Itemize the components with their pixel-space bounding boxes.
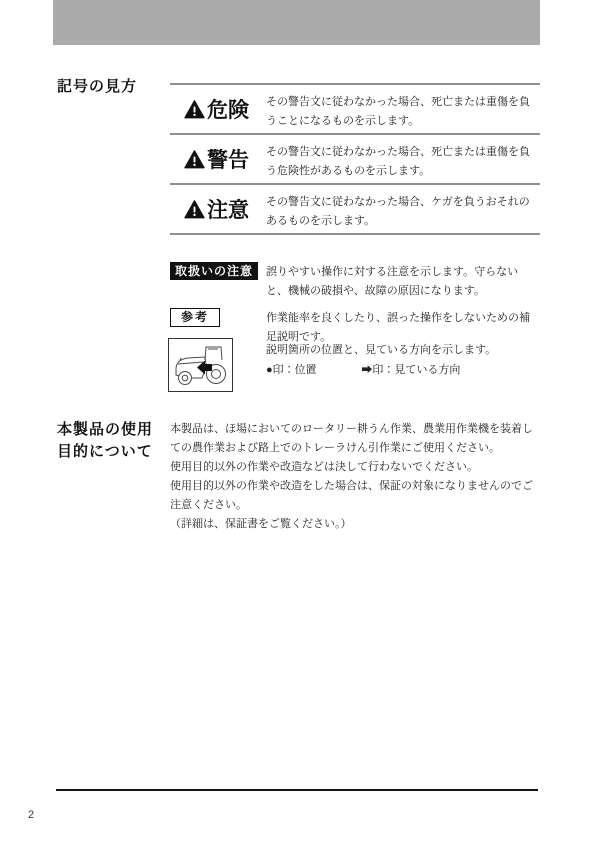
- danger-description: その警告文に従わなかった場合、死亡または重傷を負うことになるものを示します。: [266, 85, 540, 133]
- purpose-paragraph: 使用目的以外の作業や改造をした場合は、保証の対象になりませんのでご注意ください。: [170, 477, 542, 515]
- handling-caution-description: 誤りやすい操作に対する注意を示します。守らないと、機械の破損や、故障の原因になり…: [266, 263, 540, 301]
- warning-triangle-icon: [184, 200, 205, 219]
- handling-note-row: 取扱いの注意 誤りやすい操作に対する注意を示します。守らないと、機械の破損や、故…: [170, 262, 540, 301]
- symbols-section-heading: 記号の見方: [57, 76, 137, 98]
- table-row: 警告 その警告文に従わなかった場合、死亡または重傷を負う危険性があるものを示しま…: [170, 133, 540, 183]
- page-number: 2: [28, 809, 34, 821]
- handling-caution-label: 取扱いの注意: [170, 262, 258, 280]
- tractor-icon: [172, 342, 229, 388]
- note-label-cell: 参考: [170, 308, 266, 327]
- direction-note-line2: ●印：位置 ➡印：見ている方向: [266, 361, 540, 380]
- purpose-paragraph: 本製品は、ほ場においてのロータリー耕うん作業、農業用作業機を装着しての農作業およ…: [170, 420, 542, 458]
- purpose-paragraph: 使用目的以外の作業や改造などは決して行わないでください。: [170, 458, 542, 477]
- purpose-section-heading: 本製品の使用 目的について: [57, 419, 153, 463]
- symbol-cell: 警告: [170, 135, 266, 183]
- view-direction-legend: ➡印：見ている方向: [361, 361, 460, 380]
- purpose-heading-line2: 目的について: [57, 441, 153, 463]
- danger-label: 危険: [207, 94, 249, 124]
- purpose-body: 本製品は、ほ場においてのロータリー耕うん作業、農業用作業機を装着しての農作業およ…: [170, 420, 542, 534]
- header-gray-bar: [53, 0, 540, 45]
- direction-note: 説明箇所の位置と、見ている方向を示します。 ●印：位置 ➡印：見ている方向: [266, 341, 540, 380]
- purpose-paragraph: （詳細は、保証書をご覧ください。）: [170, 515, 542, 534]
- symbol-table: 危険 その警告文に従わなかった場合、死亡または重傷を負うことになるものを示します…: [170, 83, 540, 235]
- symbol-cell: 注意: [170, 185, 266, 233]
- warning-triangle-icon: [184, 100, 205, 119]
- reference-label: 参考: [170, 308, 220, 327]
- warning-label: 警告: [207, 144, 249, 174]
- note-label-cell: 取扱いの注意: [170, 262, 266, 280]
- symbol-cell: 危険: [170, 85, 266, 133]
- table-row: 危険 その警告文に従わなかった場合、死亡または重傷を負うことになるものを示します…: [170, 83, 540, 133]
- caution-label: 注意: [207, 194, 249, 224]
- warning-triangle-icon: [184, 150, 205, 169]
- purpose-heading-line1: 本製品の使用: [57, 419, 153, 441]
- direction-note-line1: 説明箇所の位置と、見ている方向を示します。: [266, 341, 540, 360]
- footer-rule: [56, 789, 538, 791]
- table-row: 注意 その警告文に従わなかった場合、ケガを負うおそれのあるものを示します。: [170, 183, 540, 235]
- warning-description: その警告文に従わなかった場合、死亡または重傷を負う危険性があるものを示します。: [266, 135, 540, 183]
- manual-page: 記号の見方 危険 その警告文に従わなかった場合、死亡または重傷を負うことになるも…: [0, 0, 595, 842]
- caution-description: その警告文に従わなかった場合、ケガを負うおそれのあるものを示します。: [266, 185, 540, 233]
- tractor-illustration-box: [168, 338, 233, 392]
- position-mark-legend: ●印：位置: [266, 361, 317, 380]
